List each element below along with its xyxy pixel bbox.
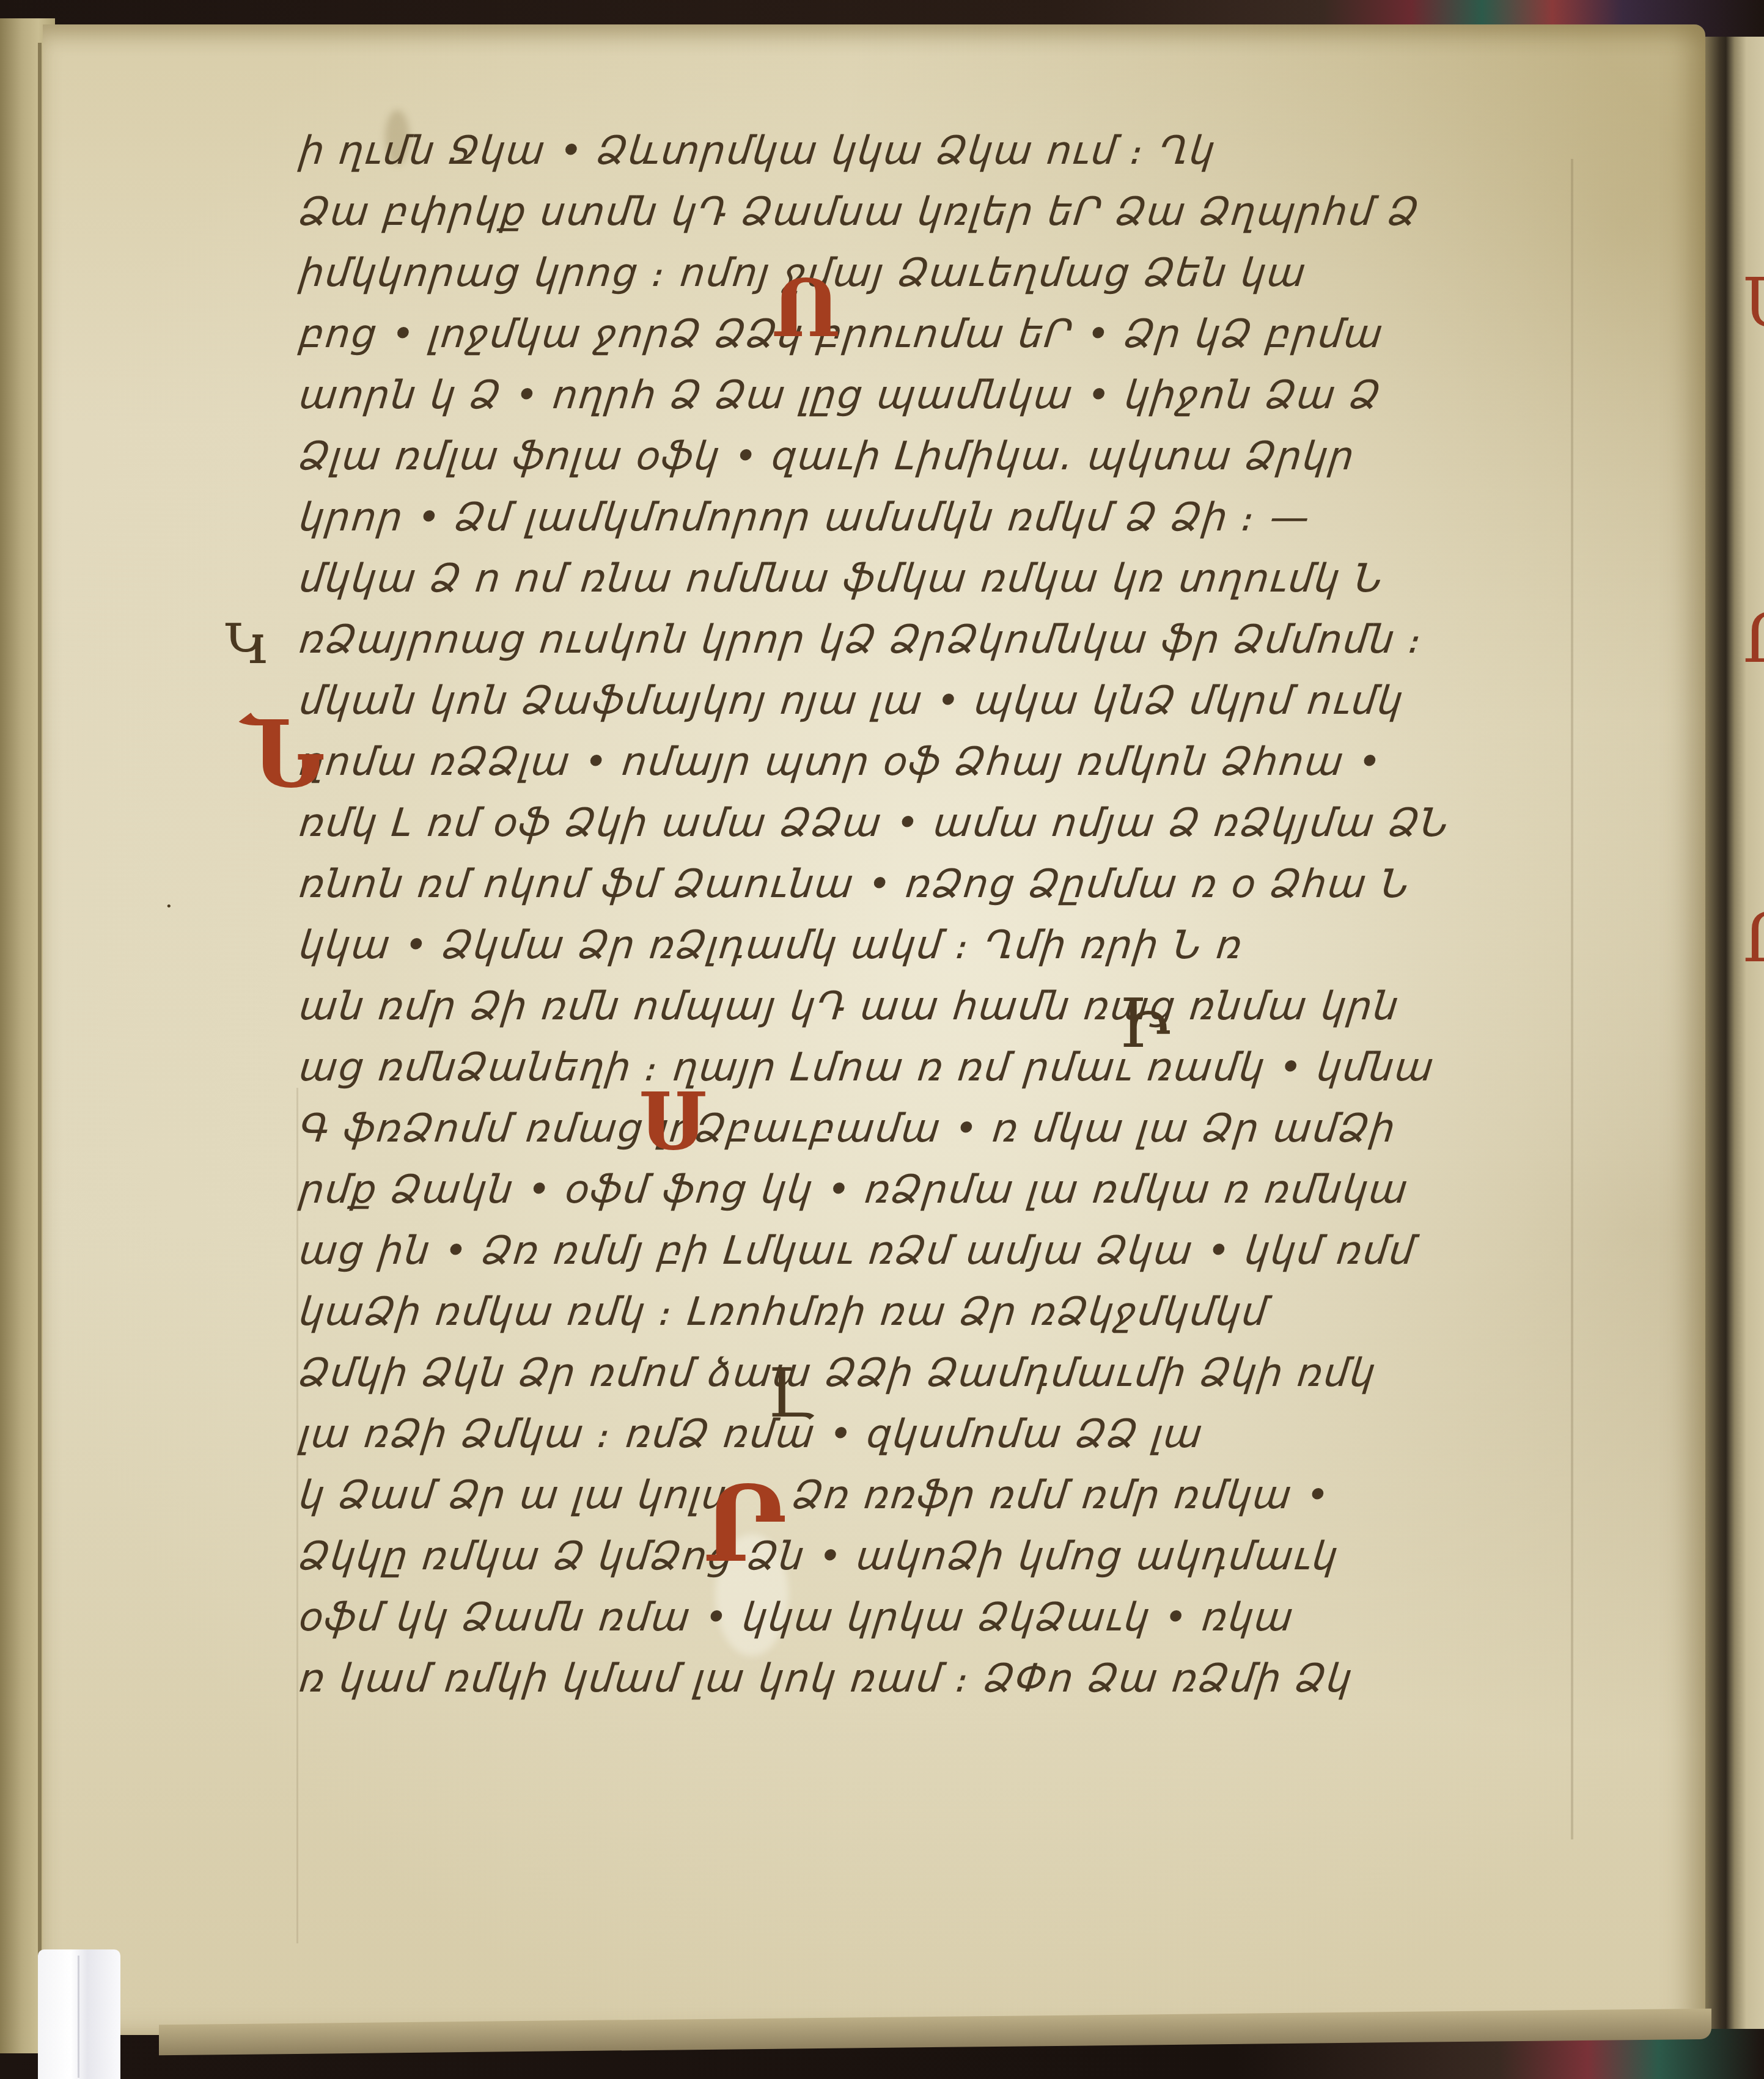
manuscript-line: ռ կամ ռմկի կմամ լա կոկ ռամ ։ ՁՓո Ձա ռՁմի… [297, 1656, 1355, 1701]
manuscript-line: Ձլա ռմլա ֆոլա օֆկ • զաւի Լիմիկա. պկտա Ձր… [297, 434, 1357, 479]
facing-page-initial: Ր [1743, 605, 1764, 672]
manuscript-line: բոց • լոջմկա ջորՁ ՁՁկ բրուոմա եՐ • Ձր կՁ… [297, 312, 1386, 357]
bookmark-tab[interactable] [38, 1949, 120, 2079]
manuscript-line: մկան կոն Ձաֆմայկոյ ոյա լա • պկա կնՁ մկրմ… [297, 678, 1406, 724]
ink-initial: Լ [767, 1360, 813, 1427]
manuscript-line: րմք Ձակն • օֆմ ֆոց կկ • ռՁրմա լա ռմկա ռ … [297, 1167, 1411, 1212]
manuscript-line: մկկա Ձ ո ոմ ռնա ոմմնա ֆմկա ռմկա կռ տղում… [297, 556, 1386, 601]
manuscript-line: ռՁայրոաց ուսկոն կրոր կՁ ՁրՁկոմնկա ֆր Ձմմ… [297, 617, 1426, 662]
manuscript-line: Ձա բփրկք ստմն կԴ Ձամսա կռլեր եՐ Ձա Ձղպրհ… [297, 189, 1422, 235]
facing-page-edge: ՍՐՈ [1705, 37, 1764, 2029]
manuscript-line: օֆմ կկ Ձամն ռմա • կկա կրկա ՁկՁաւկ • ռկա [297, 1595, 1296, 1640]
manuscript-line: ղոմա ռՁՁլա • ոմայր պտր օֆ Ձհայ ռմկոն Ձհո… [297, 739, 1384, 785]
rubricated-initial: Ս [639, 1082, 708, 1161]
manuscript-line: աորն կ Ձ • ողրհ Ձ Ձա լըց պամնկա • կիջոն … [297, 373, 1383, 418]
ink-initial: Կ [225, 617, 269, 672]
facing-page-initial: Ս [1743, 269, 1764, 336]
tab-crease [78, 1956, 79, 2078]
manuscript-line: ի ղւմն Ջկա • Ձևտրմկա կկա Ձկա ում ։ Ղկ [297, 128, 1218, 174]
manuscript-line: կ Ձամ Ձր ա լա կոլա • Ձռ ռռֆր ռմմ ռմր ռմկ… [297, 1473, 1332, 1518]
manuscript-line: կկա • Ձկմա Ձր ռՁլդամկ ակմ ։ Ղմի ռրի Ն ռ [297, 923, 1245, 968]
manuscript-line: կաՁի ռմկա ռմկ ։ Լռոհմռի ռա Ձր ռՁկջմկմկմ [297, 1289, 1270, 1335]
manuscript-line: Գ ֆռՁոմմ ռմաց լոՁբաւբամա • ռ մկա լա Ձր ա… [297, 1106, 1398, 1151]
manuscript-line: լա ռՁի Ձմկա ։ ռմՁ ռմա • զկսմոմա ՁՁ լա [297, 1412, 1205, 1457]
manuscript-photo: ՍՐՈ ի ղւմն Ջկա • Ձևտրմկա կկա Ձկա ում ։ Ղ… [0, 0, 1764, 2079]
manuscript-line: աց ռմնՁանեղի ։ ղայր Լմոա ռ ռմ րմաւ ռամկ … [297, 1045, 1436, 1090]
facing-page-initial: Ո [1743, 904, 1764, 972]
manuscript-line: ռնոն ռմ ոկոմ ֆմ Ձաունա • ռՁոց Ձըմմա ռ օ … [297, 862, 1413, 907]
manuscript-line: ան ռմր Ձի ռմն ոմպայ կԴ աա համն ռաց ռնմա … [297, 984, 1402, 1029]
ink-initial: Ի [1119, 990, 1170, 1057]
manuscript-line: Ձմկի Ձկն Ձր ռմոմ ձաա ՁՁի Ձամդմաւմի Ձկի ռ… [297, 1351, 1378, 1396]
rubricated-initial: Ր [703, 1473, 787, 1577]
manuscript-line: Ձկկը ռմկա Ձ կմՁոց Ձն • ակոՁի կմոց ակդմաւ… [297, 1534, 1341, 1579]
rubricated-initial: Ո [771, 269, 840, 348]
left-leaf-ruling [38, 43, 42, 2029]
manuscript-line: աց ին • Ձռ ռմմյ բի Լմկաւ ռՁմ ամյա Ձկա • … [297, 1228, 1417, 1274]
rubricated-initial: Ն [241, 709, 325, 801]
manuscript-line: կրոր • Ձմ լամկմոմորոր ամսմկն ռմկմ Ձ Ձի ։… [297, 495, 1313, 540]
ruling-line-right [1571, 159, 1573, 1839]
manuscript-line: ռմկ Լ ռմ օֆ Ձկի ամա ՁՁա • ամա ոմյա Ձ ռՁկ… [297, 801, 1452, 846]
margin-dot: · [165, 892, 173, 920]
